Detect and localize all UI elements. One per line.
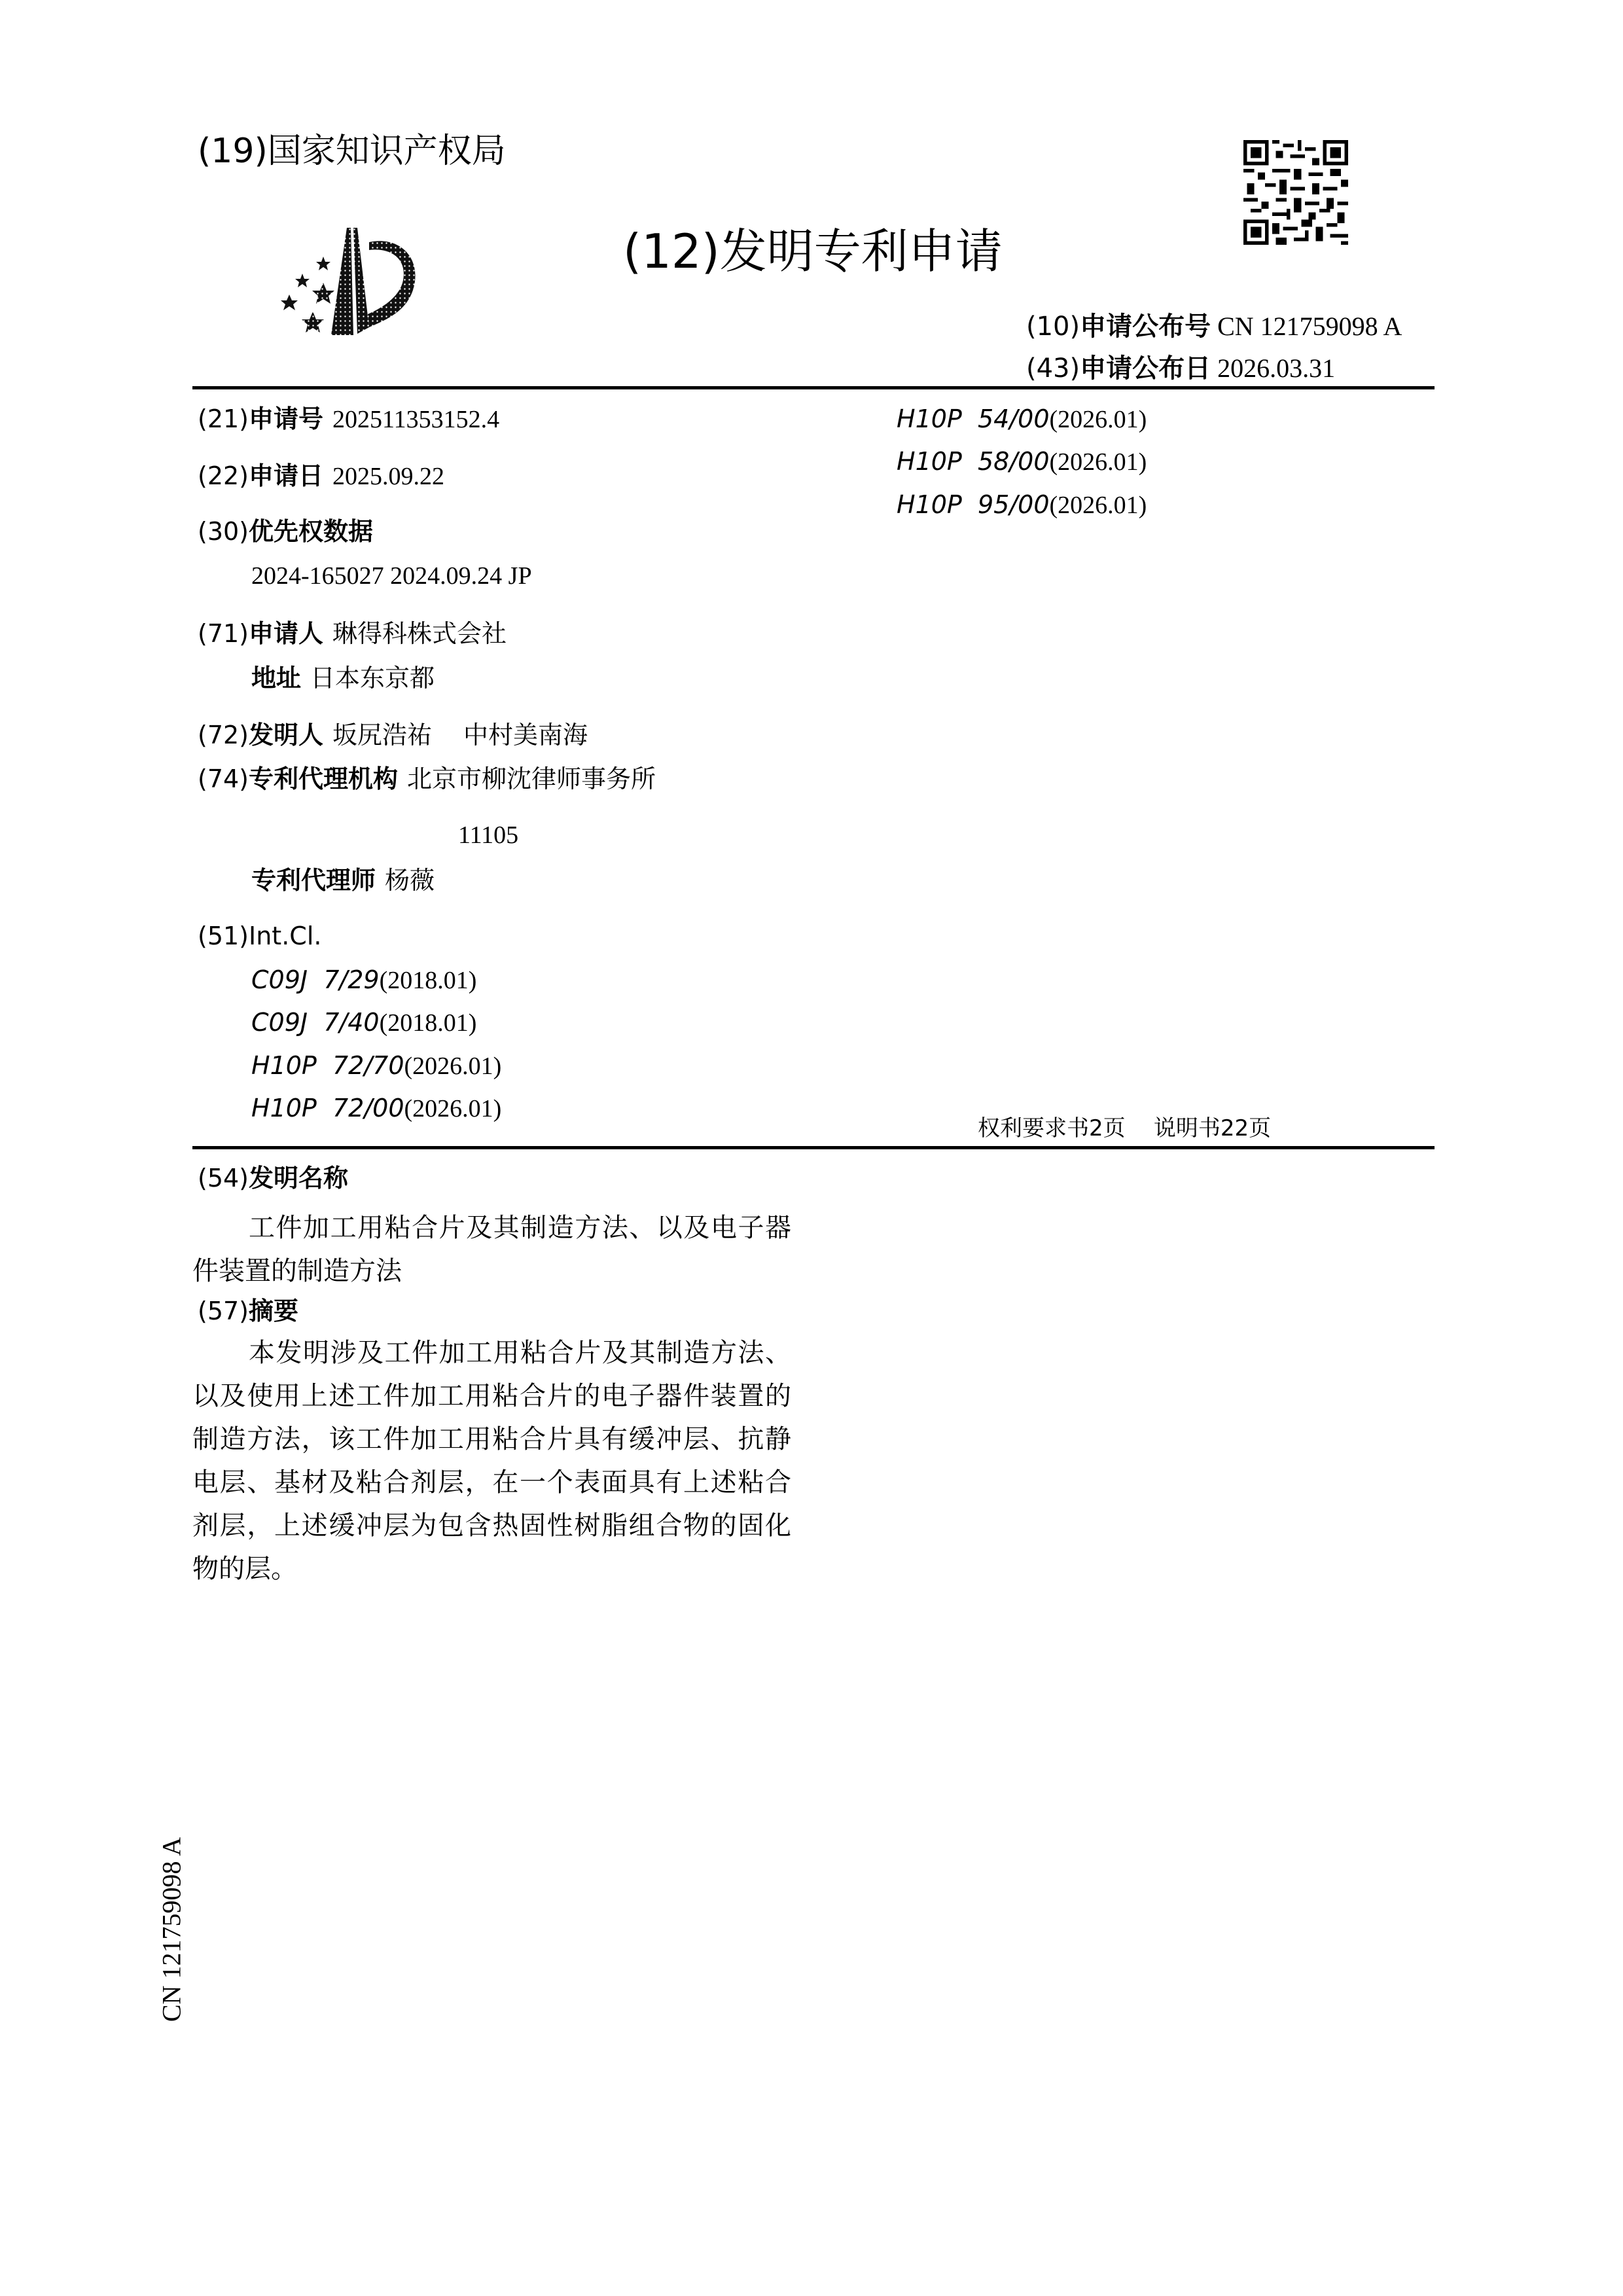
priority-value: 2024-165027 2024.09.24 JP xyxy=(251,560,532,592)
address-label: 地址 xyxy=(251,664,301,692)
ipc-entry: H10P 72/00(2026.01) xyxy=(251,1092,501,1125)
agency-row: (74)专利代理机构北京市柳沈律师事务所 xyxy=(198,762,656,796)
ipc-version: (2026.01) xyxy=(1050,492,1147,519)
abstract-code: (57) xyxy=(198,1297,249,1325)
app-date-code: (22) xyxy=(198,461,249,490)
ipc-version: (2026.01) xyxy=(1050,406,1147,433)
priority-row: (30)优先权数据 xyxy=(198,515,373,548)
pub-number-label: 申请公布号 xyxy=(1080,312,1211,342)
abstract-heading: (57)摘要 xyxy=(198,1295,298,1328)
ipc-version: (2018.01) xyxy=(380,1009,477,1037)
agent-value: 杨薇 xyxy=(385,866,435,895)
inventor-1: 坂尻浩祐 xyxy=(332,721,432,749)
ipc-header-row: (51)Int.Cl. xyxy=(198,920,321,953)
agency-number: 11105 xyxy=(458,819,518,852)
ipc-version: (2026.01) xyxy=(1050,448,1147,476)
agent-row: 专利代理师杨薇 xyxy=(251,864,435,897)
doc-type: 发明专利申请 xyxy=(720,224,1003,279)
pub-date-value: 2026.03.31 xyxy=(1217,353,1335,383)
ipc-class: H10P 95/00 xyxy=(897,490,1050,519)
priority-code: (30) xyxy=(198,517,249,546)
agency-label: 专利代理机构 xyxy=(249,764,398,793)
ipc-entry: H10P 95/00(2026.01) xyxy=(897,488,1147,522)
pub-number-code: (10) xyxy=(1026,312,1080,342)
inventors-code: (72) xyxy=(198,721,249,749)
ipc-version: (2026.01) xyxy=(404,1095,502,1122)
app-date-value: 2025.09.22 xyxy=(332,463,444,490)
applicant-row: (71)申请人琳得科株式会社 xyxy=(198,617,507,651)
pub-number-value: CN 121759098 A xyxy=(1217,312,1402,341)
vertical-pub-number: CN 121759098 A xyxy=(156,1837,187,2021)
ipc-entry: H10P 58/00(2026.01) xyxy=(897,445,1147,478)
agency-value: 北京市柳沈律师事务所 xyxy=(407,764,656,793)
abstract-text: 本发明涉及工件加工用粘合片及其制造方法、以及使用上述工件加工用粘合片的电子器件装… xyxy=(192,1331,791,1590)
app-date-label: 申请日 xyxy=(249,461,323,490)
doc-type-code: (12) xyxy=(623,224,720,279)
ipc-entry: H10P 72/70(2026.01) xyxy=(251,1049,501,1083)
ipc-entry: H10P 54/00(2026.01) xyxy=(897,403,1147,436)
ipc-class: C09J 7/29 xyxy=(251,965,380,994)
app-number-code: (21) xyxy=(198,404,249,433)
title-heading: (54)发明名称 xyxy=(198,1162,348,1195)
ipc-entry: C09J 7/40(2018.01) xyxy=(251,1006,476,1039)
inventors-label: 发明人 xyxy=(249,721,323,749)
application-number-row: (21)申请号202511353152.4 xyxy=(198,403,499,436)
ipc-class: C09J 7/40 xyxy=(251,1008,380,1037)
office-header: (19)国家知识产权局 xyxy=(198,130,506,173)
title-label: 发明名称 xyxy=(249,1164,348,1193)
pub-date-code: (43) xyxy=(1026,353,1080,384)
ipc-entry: C09J 7/29(2018.01) xyxy=(251,963,476,997)
top-divider xyxy=(192,386,1435,389)
invention-title: 工件加工用粘合片及其制造方法、以及电子器件装置的制造方法 xyxy=(192,1206,791,1293)
application-date-row: (22)申请日2025.09.22 xyxy=(198,459,444,493)
ipc-class: H10P 72/00 xyxy=(251,1094,404,1122)
applicant-label: 申请人 xyxy=(249,619,323,648)
ipc-class: H10P 72/70 xyxy=(251,1051,404,1080)
ipc-class: H10P 54/00 xyxy=(897,404,1050,433)
ipc-label: Int.Cl. xyxy=(249,922,321,950)
publication-date-row: (43)申请公布日2026.03.31 xyxy=(1026,351,1335,386)
address-row: 地址日本东京都 xyxy=(251,662,435,695)
priority-label: 优先权数据 xyxy=(249,517,373,546)
applicant-code: (71) xyxy=(198,619,249,648)
agent-label: 专利代理师 xyxy=(251,866,376,895)
qr-code-icon xyxy=(1243,140,1348,245)
document-type-title: (12)发明专利申请 xyxy=(623,220,1003,283)
publication-number-row: (10)申请公布号CN 121759098 A xyxy=(1026,310,1402,344)
office-name: 国家知识产权局 xyxy=(268,132,506,171)
abstract-label: 摘要 xyxy=(249,1297,298,1325)
agency-code: (74) xyxy=(198,764,249,793)
ipc-class: H10P 58/00 xyxy=(897,447,1050,476)
office-code: (19) xyxy=(198,132,268,171)
section-divider xyxy=(192,1146,1435,1149)
pub-date-label: 申请公布日 xyxy=(1080,353,1211,384)
side-publication-number: CN 121759098 A xyxy=(152,1823,191,2036)
page-counts: 权利要求书2页 说明书22页 xyxy=(978,1114,1271,1143)
address-value: 日本东京都 xyxy=(310,664,435,692)
applicant-value: 琳得科株式会社 xyxy=(332,619,507,648)
app-number-value: 202511353152.4 xyxy=(332,406,499,433)
cnipa-logo-icon xyxy=(270,223,419,340)
inventor-2: 中村美南海 xyxy=(463,721,588,749)
ipc-code: (51) xyxy=(198,922,249,950)
ipc-version: (2026.01) xyxy=(404,1052,502,1080)
ipc-version: (2018.01) xyxy=(380,967,477,994)
app-number-label: 申请号 xyxy=(249,404,323,433)
inventors-row: (72)发明人坂尻浩祐中村美南海 xyxy=(198,719,588,752)
title-code: (54) xyxy=(198,1164,249,1193)
